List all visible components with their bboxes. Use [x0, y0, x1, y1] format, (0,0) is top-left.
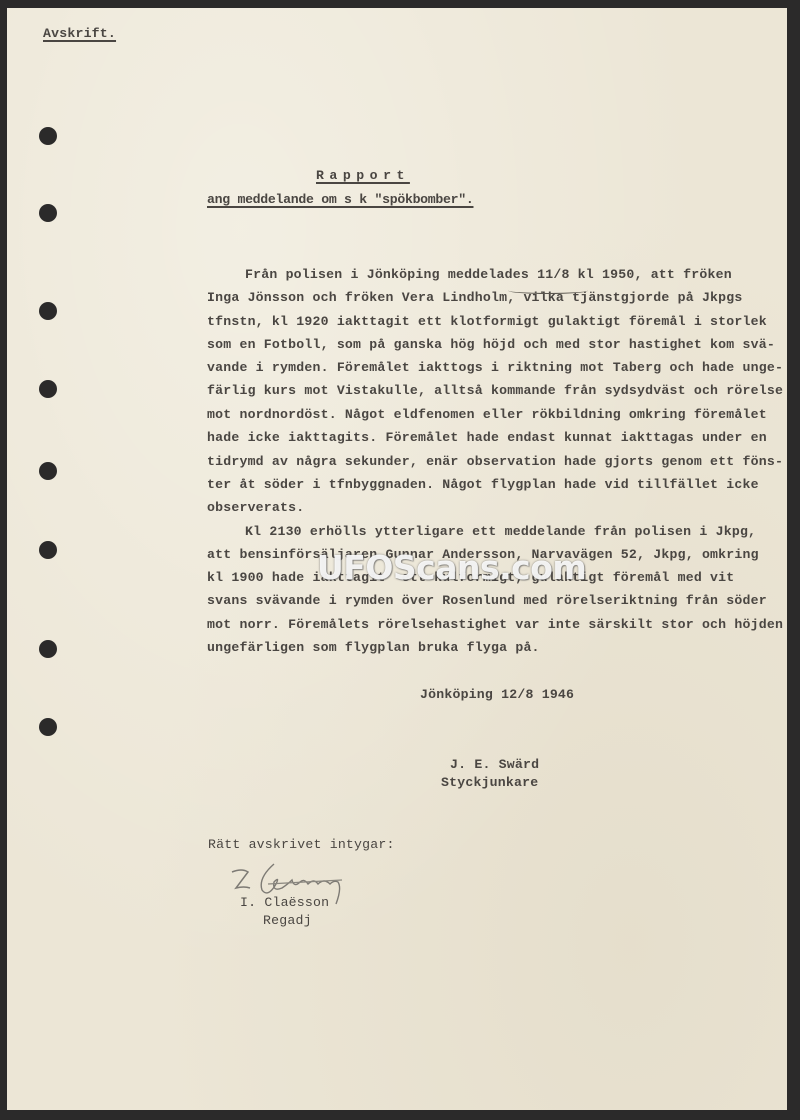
text-line: som en Fotboll, som på ganska hög höjd o… [207, 338, 775, 351]
report-title: Rapport [316, 169, 410, 182]
report-subtitle: ang meddelande om s k "spökbomber". [207, 193, 473, 206]
text-line: Kl 2130 erhölls ytterligare ett meddelan… [245, 525, 756, 538]
text-line: hade icke iakttagits. Föremålet hade end… [207, 431, 767, 444]
text-line: ungefärligen som flygplan bruka flyga på… [207, 641, 540, 654]
punch-hole [39, 640, 57, 658]
punch-hole [39, 127, 57, 145]
signer-name: J. E. Swärd [450, 758, 539, 771]
signer-title: Styckjunkare [441, 776, 538, 789]
text-line: mot norr. Föremålets rörelsehastighet va… [207, 618, 783, 631]
text-line: vande i rymden. Föremålet iakttogs i rik… [207, 361, 783, 374]
header-label: Avskrift. [43, 27, 116, 40]
certifier-name: I. Claësson [240, 896, 329, 909]
certifier-title: Regadj [263, 914, 312, 927]
punch-hole [39, 718, 57, 736]
handwritten-underline-mark [508, 287, 588, 294]
certification-label: Rätt avskrivet intygar: [208, 838, 395, 851]
text-line: observerats. [207, 501, 304, 514]
place-date: Jönköping 12/8 1946 [420, 688, 574, 701]
text-line: tfnstn, kl 1920 iakttagit ett klotformig… [207, 315, 767, 328]
text-line: färlig kurs mot Vistakulle, alltså komma… [207, 384, 783, 397]
watermark: UFOScans.com [317, 548, 586, 587]
text-line: mot nordnordöst. Något eldfenomen eller … [207, 408, 767, 421]
punch-hole [39, 462, 57, 480]
text-line: tidrymd av några sekunder, enär observat… [207, 455, 783, 468]
text-line: svans svävande i rymden över Rosenlund m… [207, 594, 767, 607]
text-line: Inga Jönsson och fröken Vera Lindholm, v… [207, 291, 743, 304]
punch-hole [39, 204, 57, 222]
text-line: ter åt söder i tfnbyggnaden. Något flygp… [207, 478, 759, 491]
punch-hole [39, 541, 57, 559]
punch-hole [39, 380, 57, 398]
punch-hole [39, 302, 57, 320]
text-line: Från polisen i Jönköping meddelades 11/8… [245, 268, 732, 281]
